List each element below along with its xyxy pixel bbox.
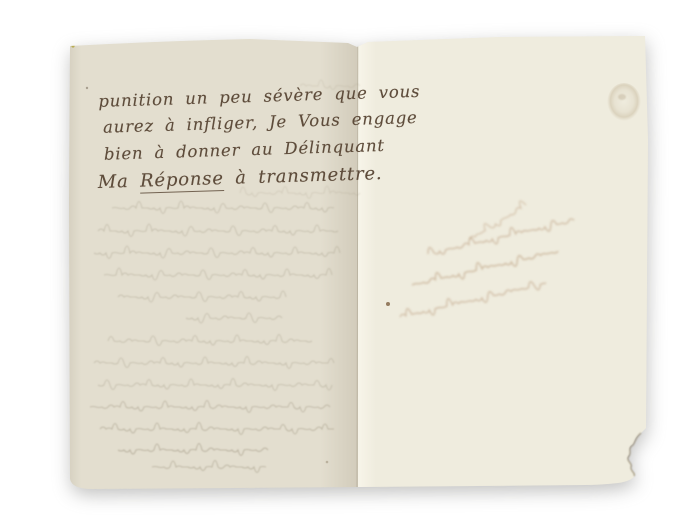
ink-speck bbox=[86, 87, 88, 89]
stain-mark-core bbox=[618, 94, 626, 100]
ink-speck bbox=[326, 461, 329, 464]
ink-speck bbox=[386, 302, 390, 306]
photo-canvas: punition un peu sévère que vous aurez à … bbox=[0, 0, 700, 522]
stain-mark bbox=[607, 83, 641, 123]
letter-line-4-prefix: Ma bbox=[98, 171, 141, 193]
letter-photo bbox=[0, 0, 700, 522]
underlined-word: Réponse bbox=[140, 168, 224, 194]
ink-speck bbox=[71, 44, 74, 47]
left-edge-shade bbox=[69, 28, 81, 494]
